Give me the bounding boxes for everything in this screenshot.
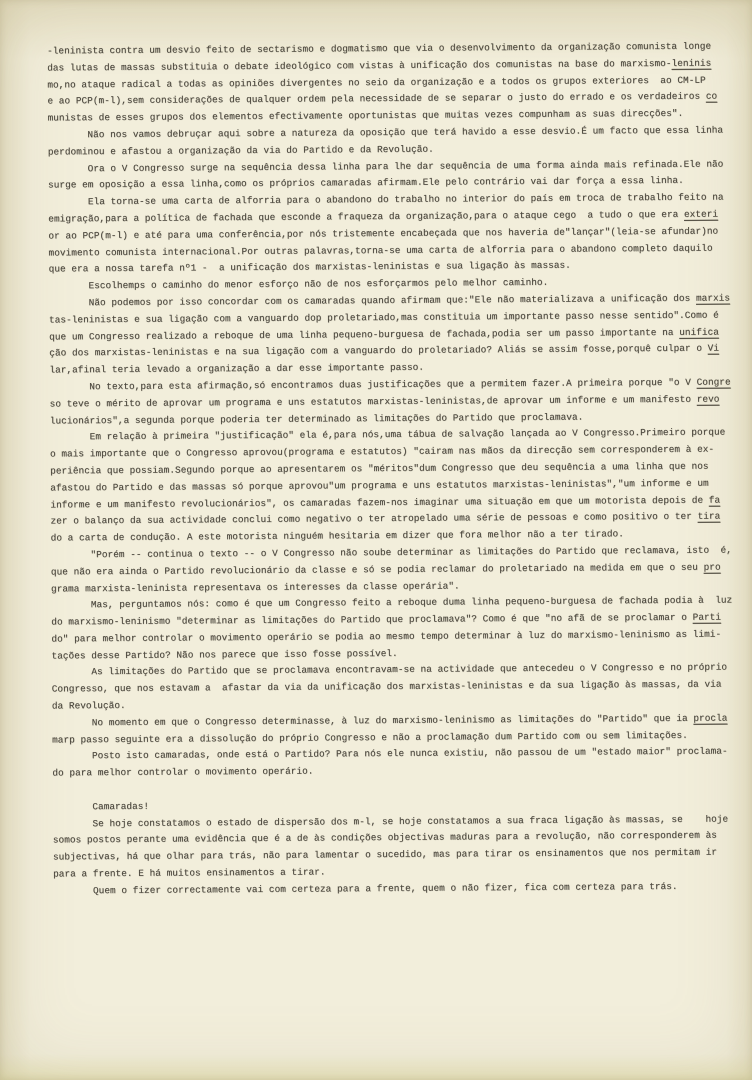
scanned-typewritten-page: -leninista contra um desvio feito de sec…	[0, 0, 752, 1080]
document-lines: -leninista contra um desvio feito de sec…	[47, 38, 738, 900]
